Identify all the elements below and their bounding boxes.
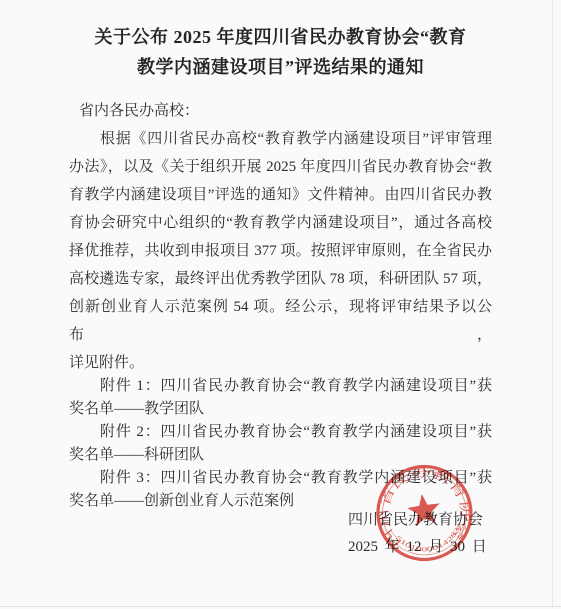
body-line: 育协会研究中心组织的“教育教学内涵建设项目”，通过各高校 <box>69 209 492 237</box>
signature-date: 2025 年 12 月 30 日 <box>348 534 492 561</box>
body-line: 高校遴选专家，最终评出优秀教学团队 78 项，科研团队 57 项， <box>69 265 492 293</box>
signature-block: 四川省民办教育协会 2025 年 12 月 30 日 <box>348 507 492 561</box>
page-edge-bottom <box>0 606 561 607</box>
attachment-line: 附件 3：四川省民办教育协会“教育教学内涵建设项目”获 <box>69 467 492 490</box>
body-line: 育教学内涵建设项目”评选的通知》文件精神。由四川省民办教 <box>69 181 492 209</box>
page-edge-right <box>552 0 553 606</box>
body-line: 根据《四川省民办高校“教育教学内涵建设项目”评审管理 <box>69 125 492 153</box>
notice-title: 关于公布 2025 年度四川省民办教育协会“教育 教学内涵建设项目”评选结果的通… <box>42 22 519 82</box>
attachment-line: 奖名单——教学团队 <box>69 398 492 421</box>
salutation: 省内各民办高校： <box>69 97 492 125</box>
notice-title-line1: 关于公布 2025 年度四川省民办教育协会“教育 <box>42 22 519 52</box>
notice-body: 省内各民办高校： 根据《四川省民办高校“教育教学内涵建设项目”评审管理 办法》，… <box>0 97 561 561</box>
signature-org: 四川省民办教育协会 <box>348 507 492 534</box>
notice-title-line2: 教学内涵建设项目”评选结果的通知 <box>42 52 519 82</box>
body-line: 办法》，以及《关于组织开展 2025 年度四川省民办教育协会“教 <box>69 153 492 181</box>
attachments-list: 附件 1：四川省民办教育协会“教育教学内涵建设项目”获 奖名单——教学团队 附件… <box>69 375 492 513</box>
attachment-line: 附件 2：四川省民办教育协会“教育教学内涵建设项目”获 <box>69 421 492 444</box>
attachment-line: 奖名单——科研团队 <box>69 444 492 467</box>
body-line: 详见附件。 <box>69 349 492 377</box>
attachment-line: 附件 1：四川省民办教育协会“教育教学内涵建设项目”获 <box>69 375 492 398</box>
body-line: 择优推荐，共收到申报项目 377 项。按照评审原则，在全省民办 <box>69 237 492 265</box>
body-line: 创新创业育人示范案例 54 项。经公示，现将评审结果予以公布， <box>69 293 492 349</box>
